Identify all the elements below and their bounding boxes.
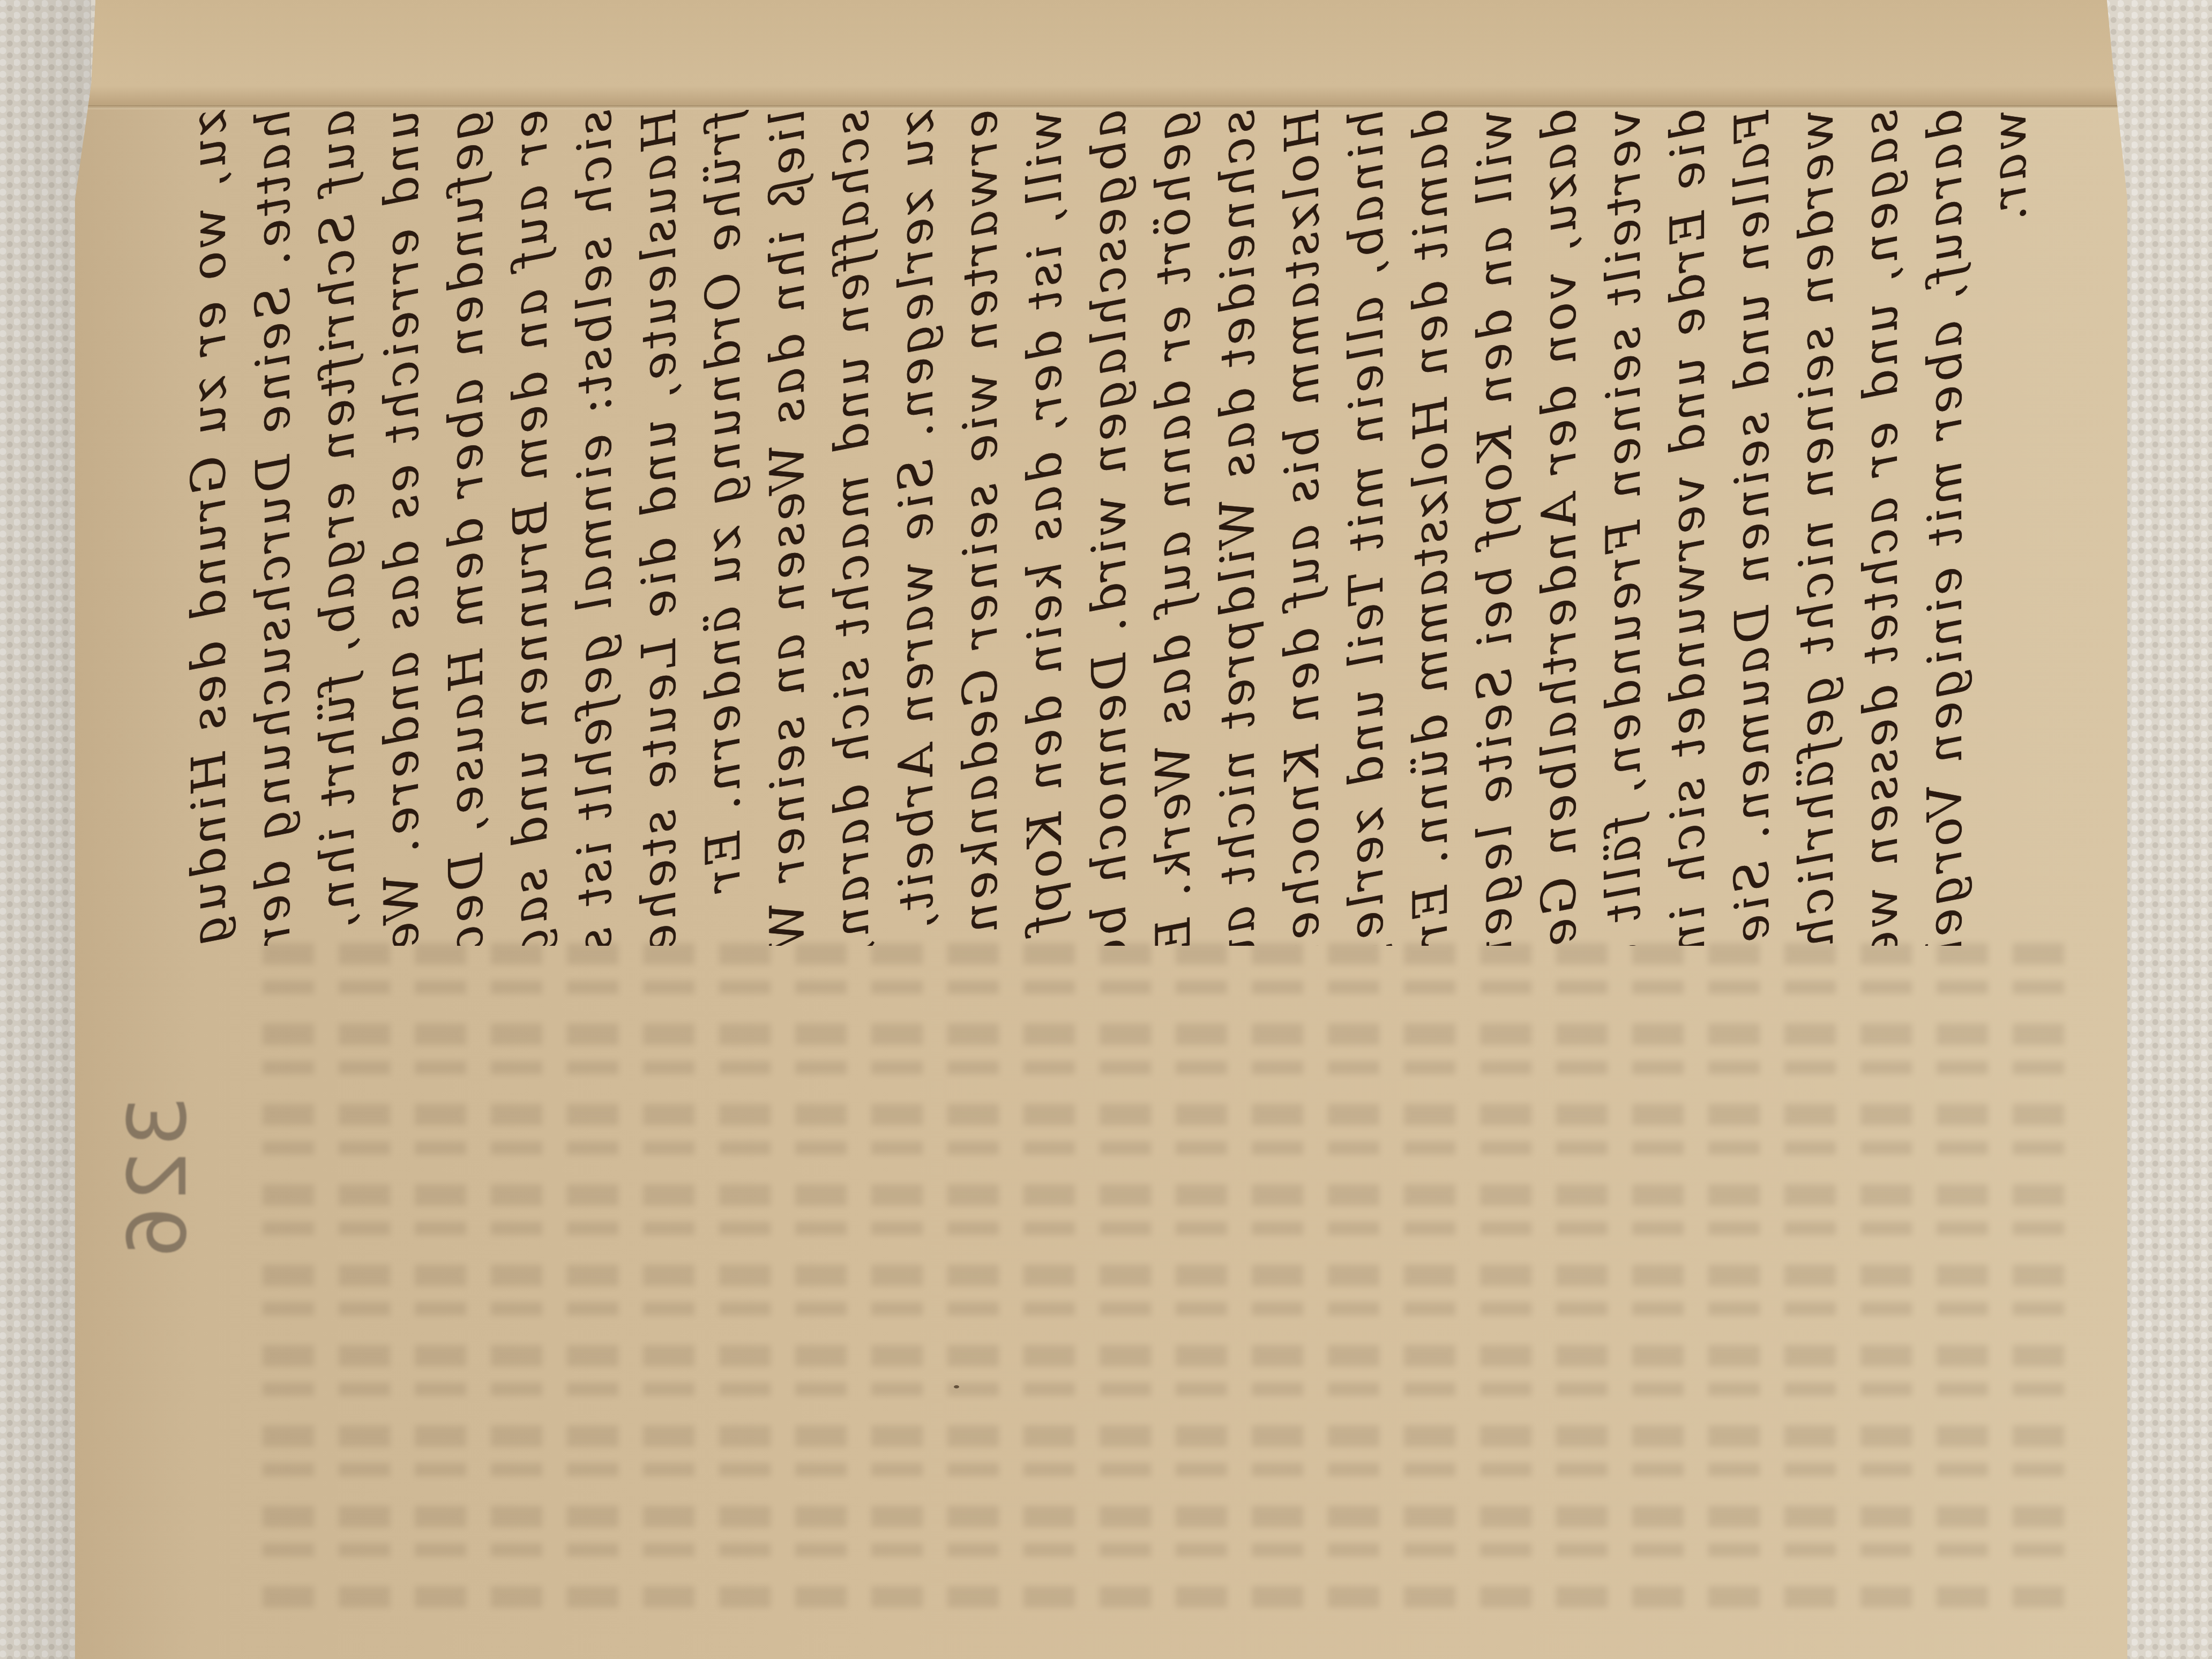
reverse-side-show-through (252, 943, 2111, 1613)
text-line: sich selbst: einmal gefehlt ist sollen (563, 110, 627, 946)
text-line: die Erde und verwundet sich im (1656, 110, 1720, 946)
page-number-pencil: 326 (115, 1096, 201, 1299)
text-line-final: war. (1977, 110, 2042, 946)
text-line: ließ ihn das Wesen an seiner Weisung (756, 110, 820, 946)
text-line: gefunden aber dem Hause, Deck (434, 110, 498, 946)
text-line: abgeschlagen wird. Dennoch bey (1077, 110, 1141, 946)
text-line: dazu, von der Anderthalben Gesinde, (1527, 110, 1591, 946)
text-line: zu, wo er zu Grund des Hindugrafen (177, 110, 241, 946)
text-line: schaffen und macht sich daran, selbst (820, 110, 884, 946)
text-line: Hausleute, und die Leute stehen an, ein (627, 110, 691, 946)
manuscript-page: zu, wo er zu Grund des Hindugrafen hatte… (75, 0, 2127, 1659)
handwritten-text-block: zu, wo er zu Grund des Hindugrafen hatte… (177, 110, 2036, 946)
text-line: er auf an dem Brunnen und sagt zu (498, 110, 563, 946)
text-line: hinab, allein mit Teil und zerlegt (1334, 110, 1399, 946)
text-line: verteilt seinen Freunden, fällt auf (1591, 110, 1656, 946)
paper-speck (954, 1385, 959, 1388)
text-line: Fallen und seinen Daumen. Sie (1720, 110, 1784, 946)
text-line: damit den Holzstamm dünn. Er (1399, 110, 1463, 946)
text-line: sagen, und er achtet dessen wenig (1849, 110, 1913, 946)
text-line: darauf, aber mit einigen Vorgehen (1913, 110, 1977, 946)
page-crease (75, 105, 2127, 109)
text-line: auf Schriften ergab, führt ihn, Zug (305, 110, 370, 946)
text-line: schneidet das Wildpret nicht aus dem (1206, 110, 1270, 946)
text-line: erwarten wie seiner Gedanken (948, 110, 1013, 946)
text-line: Holzstamm bis auf den Knochen (1270, 110, 1334, 946)
text-line: zu zerlegen. Sie waren Arbeit, (884, 110, 948, 946)
text-line: gehört er dann auf das Werk. Er (1141, 110, 1206, 946)
text-line: hatte. Seine Durchsuchung der Hütte (241, 110, 305, 946)
text-line: und erreicht es das andere. Wenn (370, 110, 434, 946)
text-line: werden seinen nicht gefährlich zu (1784, 110, 1849, 946)
text-line: will an den Kopf bei Seite legen, (1463, 110, 1527, 946)
text-line: will, ist der, das kein den Kopf (1013, 110, 1077, 946)
folded-top-strip (75, 0, 2127, 107)
text-line: frühe Ordnung zu ändern. Er (691, 110, 756, 946)
